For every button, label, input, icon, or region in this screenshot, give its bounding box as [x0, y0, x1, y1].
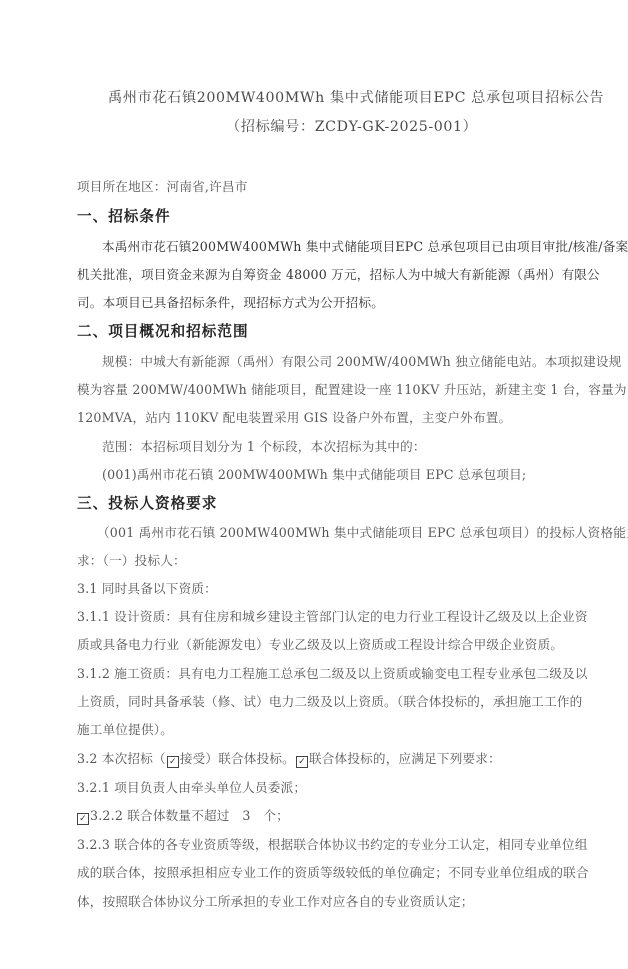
paragraph-line: 3.2.3 联合体的各专业资质等级，根据联合体协议书约定的专业分工认定，相同专业… — [77, 837, 588, 853]
paragraph-line: 模为容量 200MW/400MWh 储能项目，配置建设一座 110KV 升压站，… — [77, 382, 627, 398]
paragraph-line: 3.1.1 设计资质：具有住房和城乡建设主管部门认定的电力行业工程设计乙级及以上… — [77, 609, 588, 625]
section-heading-2: 二、项目概况和招标范围 — [77, 324, 249, 340]
joint-bid-line: 3.2 本次招标（✓接受）联合体投标。✓联合体投标的，应满足下列要求： — [77, 751, 501, 768]
paragraph-line: 3.2.1 项目负责人由牵头单位人员委派； — [77, 780, 306, 796]
checkbox-checked-icon: ✓ — [296, 756, 308, 768]
checkbox-checked-icon: ✓ — [167, 756, 179, 768]
paragraph-line: 体，按照联合体协议分工所承担的专业工作对应各自的专业资质认定； — [77, 894, 474, 910]
section-heading-3: 三、投标人资格要求 — [77, 496, 217, 512]
joint-bid-prefix: 3.2 本次招标（ — [77, 751, 166, 766]
paragraph-line: （001 禹州市花石镇 200MW400MWh 集中式储能项目 EPC 总承包项… — [97, 525, 628, 541]
section-heading-1: 一、招标条件 — [77, 209, 171, 225]
document-title: 禹州市花石镇200MW400MWh 集中式储能项目EPC 总承包项目招标公告 — [108, 90, 604, 106]
paragraph-line: 求：（一）投标人： — [77, 553, 186, 569]
joint-count-text: 3.2.2 联合体数量不超过 3 个； — [90, 808, 289, 823]
joint-count-line: ✓3.2.2 联合体数量不超过 3 个； — [77, 808, 289, 825]
checkbox-checked-icon: ✓ — [77, 813, 89, 825]
paragraph-line: 上资质，同时具备承装（修、试）电力二级及以上资质。（联合体投标的，承担施工工作的 — [77, 694, 582, 710]
joint-bid-requirements: 联合体投标的，应满足下列要求： — [309, 751, 501, 766]
paragraph-line: 质或具备电力行业（新能源发电）专业乙级及以上资质或工程设计综合甲级企业资质。 — [77, 637, 563, 653]
paragraph-line: 机关批准，项目资金来源为自筹资金 48000 万元，招标人为中城大有新能源（禹州… — [77, 267, 600, 283]
joint-bid-accept: 接受）联合体投标。 — [180, 751, 295, 766]
paragraph-line: 本禹州市花石镇200MW400MWh 集中式储能项目EPC 总承包项目已由项目审… — [102, 239, 628, 255]
document-page: 禹州市花石镇200MW400MWh 集中式储能项目EPC 总承包项目招标公告 （… — [0, 0, 628, 969]
paragraph-line: 范围：本招标项目划分为 1 个标段，本次招标为其中的： — [102, 439, 426, 455]
paragraph-line: 规模：中城大有新能源（禹州）有限公司 200MW/400MWh 独立储能电站。本… — [102, 354, 622, 370]
paragraph-line: 司。本项目已具备招标条件，现招标方式为公开招标。 — [77, 295, 384, 311]
tender-number: （招标编号：ZCDY-GK-2025-001） — [226, 119, 477, 135]
paragraph-line: 3.1.2 施工资质：具有电力工程施工总承包二级及以上资质或输变电工程专业承包二… — [77, 666, 588, 682]
paragraph-line: 120MVA，站内 110KV 配电装置采用 GIS 设备户外布置，主变户外布置… — [77, 410, 511, 426]
paragraph-line: 成的联合体，按照承担相应专业工作的资质等级较低的单位确定；不同专业单位组成的联合 — [77, 865, 589, 881]
paragraph-line: 施工单位提供）。 — [77, 722, 173, 738]
paragraph-line: (001)禹州市花石镇 200MW400MWh 集中式储能项目 EPC 总承包项… — [102, 467, 526, 483]
project-region: 项目所在地区：河南省,许昌市 — [77, 179, 248, 195]
paragraph-line: 3.1 同时具备以下资质： — [77, 581, 217, 597]
